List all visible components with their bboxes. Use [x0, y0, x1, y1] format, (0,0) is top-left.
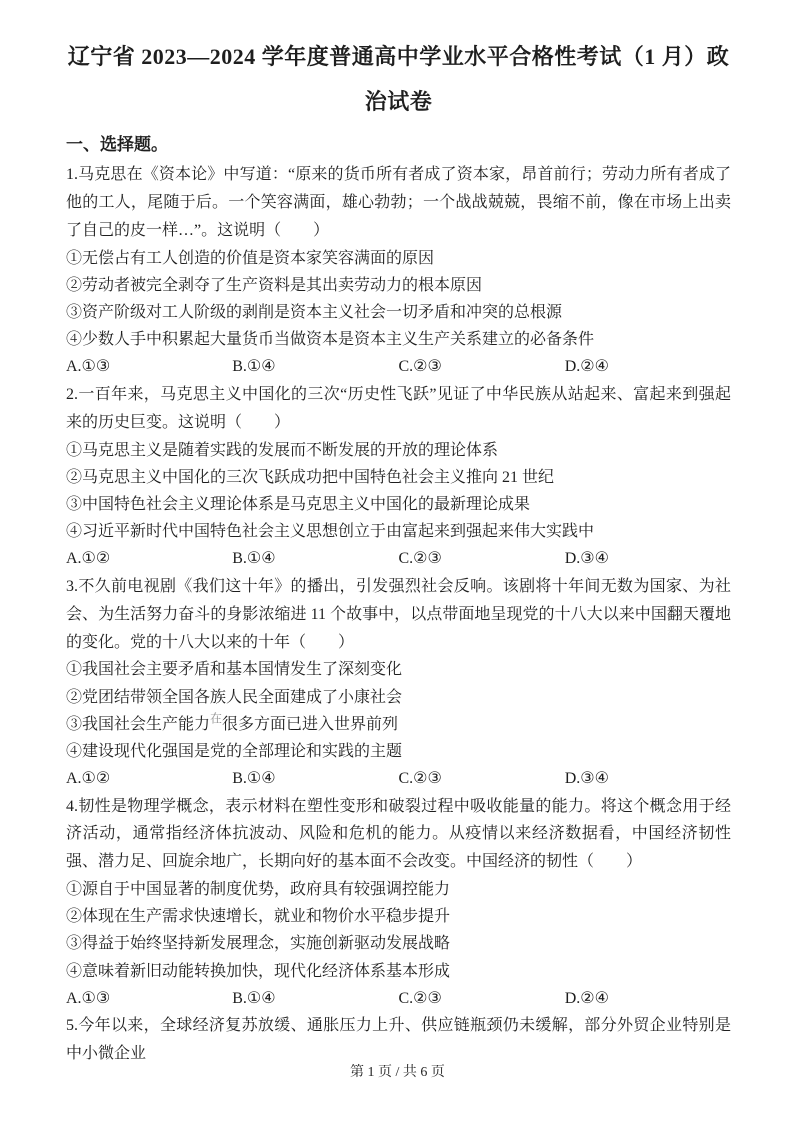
question-1-option-d: D.②④: [565, 353, 731, 381]
question-2-item-4: ④习近平新时代中国特色社会主义思想创立于由富起来到强起来伟大实践中: [66, 518, 731, 545]
question-3-item-2: ②党团结带领全国各族人民全面建成了小康社会: [66, 684, 731, 711]
question-1-option-b: B.①④: [232, 353, 398, 381]
question-3-option-b: B.①④: [232, 765, 398, 793]
question-4-options: A.①③ B.①④ C.②③ D.②④: [66, 985, 731, 1013]
question-3: 3.不久前电视剧《我们这十年》的播出，引发强烈社会反响。该剧将十年间无数为国家、…: [66, 573, 731, 793]
question-3-item-3-pre: ③我国社会生产能力: [66, 716, 210, 733]
question-3-item-1: ①我国社会主要矛盾和基本国情发生了深刻变化: [66, 656, 731, 683]
question-4-option-b: B.①④: [232, 985, 398, 1013]
question-3-option-d: D.③④: [565, 765, 731, 793]
question-3-item-3: ③我国社会生产能力在很多方面已进入世界前列: [66, 711, 731, 738]
question-1-stem: 1.马克思在《资本论》中写道：“原来的货币所有者成了资本家，昂首前行；劳动力所有…: [66, 161, 731, 244]
question-3-option-a: A.①②: [66, 765, 232, 793]
page-title: 辽宁省 2023—2024 学年度普通高中学业水平合格性考试（1 月）政治试卷: [66, 34, 731, 124]
question-5: 5.今年以来，全球经济复苏放缓、通胀压力上升、供应链瓶颈仍未缓解，部分外贸企业特…: [66, 1012, 731, 1068]
question-1-item-2: ②劳动者被完全剥夺了生产资料是其出卖劳动力的根本原因: [66, 272, 731, 299]
question-4-item-3: ③得益于始终坚持新发展理念，实施创新驱动发展战略: [66, 930, 731, 957]
question-4-item-4: ④意味着新旧动能转换加快，现代化经济体系基本形成: [66, 958, 731, 985]
question-3-item-3-post: 很多方面已进入世界前列: [222, 716, 398, 733]
question-2-options: A.①② B.①④ C.②③ D.③④: [66, 545, 731, 573]
question-1-item-1: ①无偿占有工人创造的价值是资本家笑容满面的原因: [66, 245, 731, 272]
question-5-stem: 5.今年以来，全球经济复苏放缓、通胀压力上升、供应链瓶颈仍未缓解，部分外贸企业特…: [66, 1012, 731, 1068]
question-2-item-2: ②马克思主义中国化的三次飞跃成功把中国特色社会主义推向 21 世纪: [66, 464, 731, 491]
question-1-option-c: C.②③: [399, 353, 565, 381]
question-3-stem: 3.不久前电视剧《我们这十年》的播出，引发强烈社会反响。该剧将十年间无数为国家、…: [66, 573, 731, 656]
question-2-option-a: A.①②: [66, 545, 232, 573]
question-3-option-c: C.②③: [399, 765, 565, 793]
question-1-item-4: ④少数人手中积累起大量货币当做资本是资本主义生产关系建立的必备条件: [66, 326, 731, 353]
question-4-option-c: C.②③: [399, 985, 565, 1013]
question-3-options: A.①② B.①④ C.②③ D.③④: [66, 765, 731, 793]
question-4-option-d: D.②④: [565, 985, 731, 1013]
question-2-stem: 2.一百年来，马克思主义中国化的三次“历史性飞跃”见证了中华民族从站起来、富起来…: [66, 381, 731, 437]
question-4-stem: 4.韧性是物理学概念，表示材料在塑性变形和破裂过程中吸收能量的能力。将这个概念用…: [66, 793, 731, 876]
question-1: 1.马克思在《资本论》中写道：“原来的货币所有者成了资本家，昂首前行；劳动力所有…: [66, 161, 731, 381]
question-4: 4.韧性是物理学概念，表示材料在塑性变形和破裂过程中吸收能量的能力。将这个概念用…: [66, 793, 731, 1013]
section-heading: 一、选择题。: [66, 130, 731, 155]
question-2-item-3: ③中国特色社会主义理论体系是马克思主义中国化的最新理论成果: [66, 491, 731, 518]
exam-page: 辽宁省 2023—2024 学年度普通高中学业水平合格性考试（1 月）政治试卷 …: [0, 0, 795, 1125]
question-4-item-1: ①源自于中国显著的制度优势，政府具有较强调控能力: [66, 876, 731, 903]
question-2: 2.一百年来，马克思主义中国化的三次“历史性飞跃”见证了中华民族从站起来、富起来…: [66, 381, 731, 573]
question-2-option-d: D.③④: [565, 545, 731, 573]
question-2-item-1: ①马克思主义是随着实践的发展而不断发展的开放的理论体系: [66, 437, 731, 464]
question-1-options: A.①③ B.①④ C.②③ D.②④: [66, 353, 731, 381]
page-number: 第 1 页 / 共 6 页: [0, 1061, 795, 1081]
question-2-option-c: C.②③: [399, 545, 565, 573]
superscript-zai-artifact: 在: [210, 711, 222, 725]
question-4-option-a: A.①③: [66, 985, 232, 1013]
question-4-item-2: ②体现在生产需求快速增长，就业和物价水平稳步提升: [66, 903, 731, 930]
question-2-option-b: B.①④: [232, 545, 398, 573]
question-1-item-3: ③资产阶级对工人阶级的剥削是资本主义社会一切矛盾和冲突的总根源: [66, 299, 731, 326]
question-3-item-4: ④建设现代化强国是党的全部理论和实践的主题: [66, 738, 731, 765]
question-1-option-a: A.①③: [66, 353, 232, 381]
